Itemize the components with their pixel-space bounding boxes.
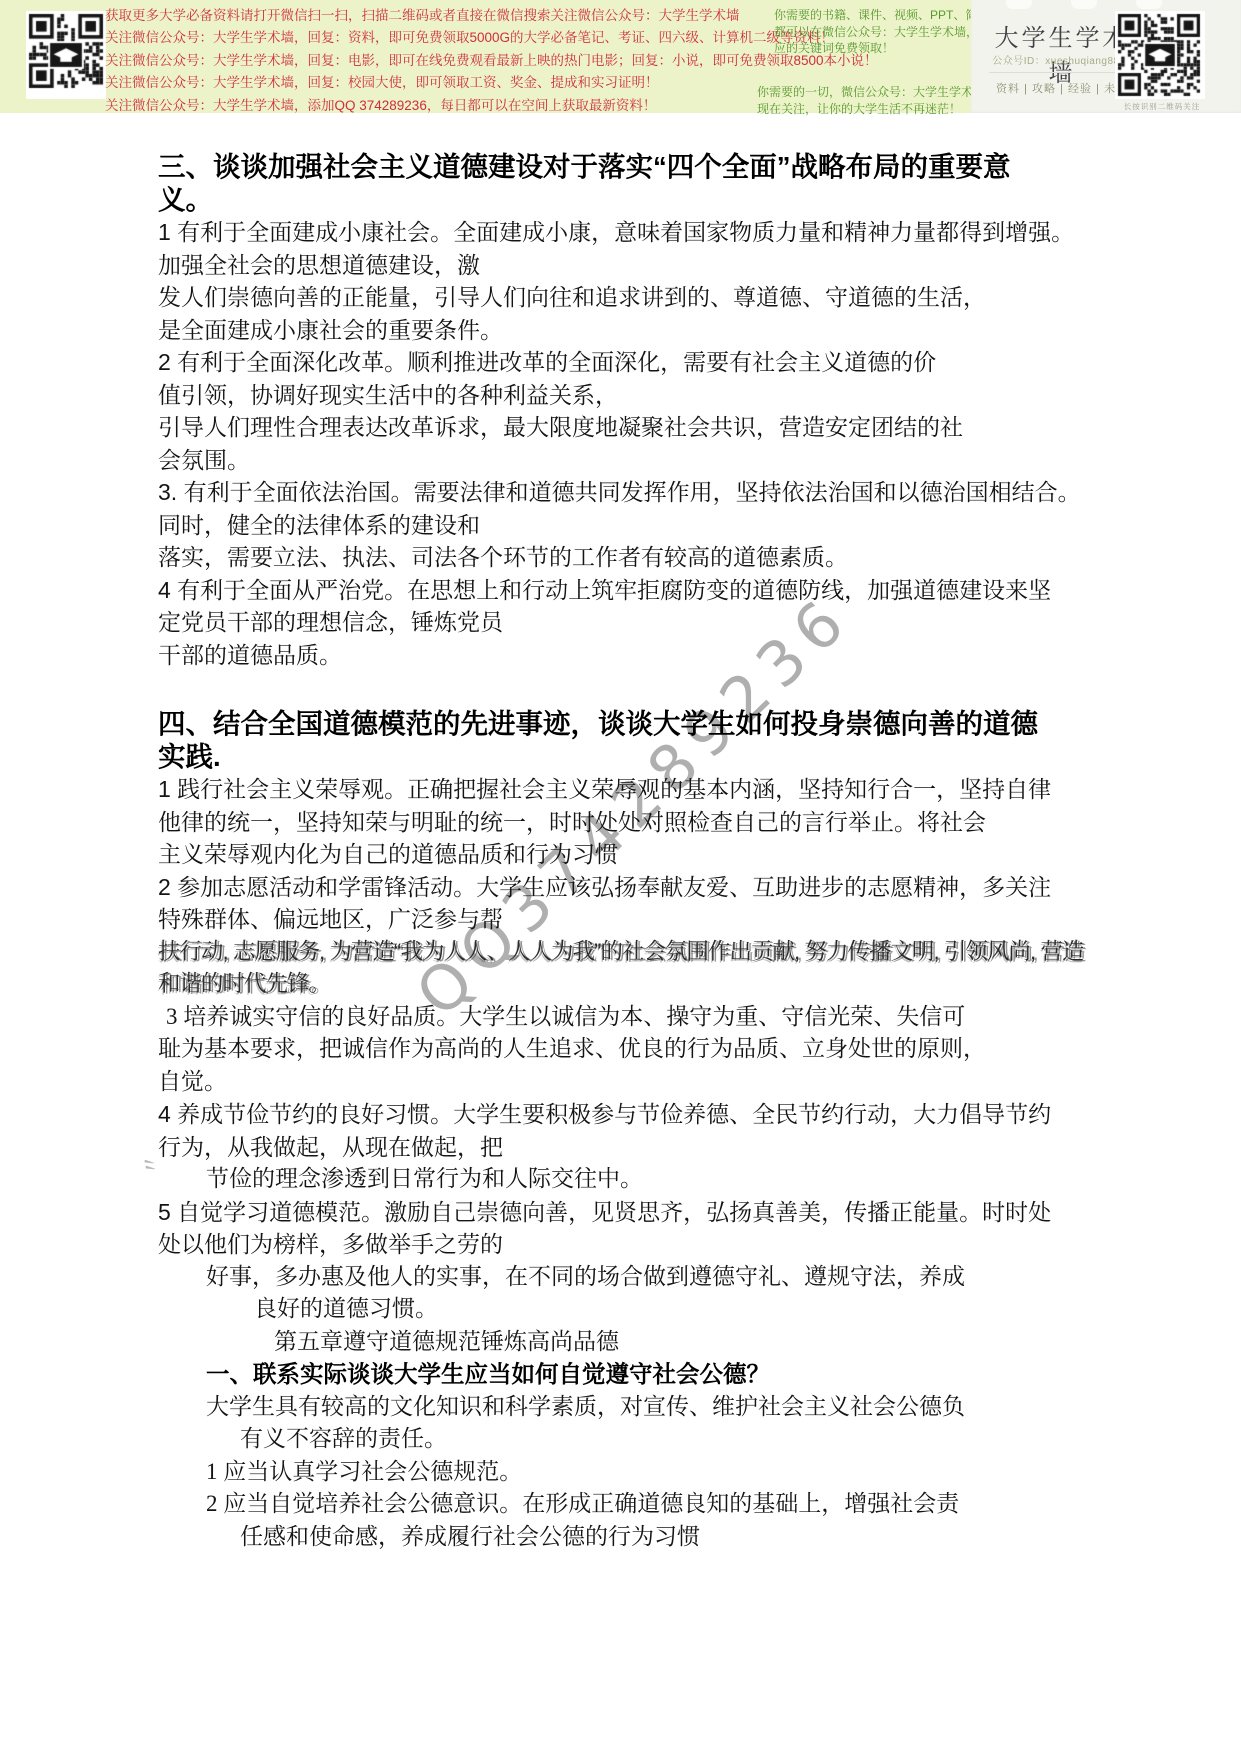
- wechat-qr-code-right: [1115, 11, 1205, 99]
- doc-line: 1 应当认真学习社会公德规范。: [158, 1456, 1238, 1489]
- banner-promo-line: 获取更多大学必备资料请打开微信扫一扫，扫描二维码或者直接在微信搜索关注微信公众号…: [105, 5, 785, 27]
- document-page: 获取更多大学必备资料请打开微信扫一扫，扫描二维码或者直接在微信搜索关注微信公众号…: [0, 0, 1241, 1754]
- doc-line: 第五章遵守道德规范锤炼高尚品德: [158, 1326, 1238, 1359]
- doc-line: 2 有利于全面深化改革。顺利推进改革的全面深化，需要有社会主义道德的价: [158, 346, 1238, 379]
- document-text: 三、谈谈加强社会主义道德建设对于落实“四个全面”战略布局的重要意义。1 有利于全…: [158, 150, 1238, 1553]
- banner-promo-line: 关注微信公众号：大学生学术墙，回复：校园大使，即可领取工资、奖金、提成和实习证明…: [105, 72, 785, 94]
- doc-line: 他律的统一，坚持知荣与明耻的统一，时时处处对照检查自己的言行举止。将社会: [158, 806, 1238, 839]
- banner-promo-line: 关注微信公众号：大学生学术墙，回复：资料，即可免费领取5000G的大学必备笔记、…: [105, 27, 785, 49]
- doc-line: 2 参加志愿活动和学雷锋活动。大学生应该弘扬奉献友爱、互助进步的志愿精神，多关注: [158, 871, 1238, 904]
- doc-line: 实践.: [158, 740, 1238, 773]
- doc-line: 任感和使命感，养成履行社会公德的行为习惯: [158, 1521, 1238, 1554]
- doc-line: 是全面建成小康社会的重要条件。: [158, 314, 1238, 347]
- doc-line: 有义不容辞的责任。: [158, 1423, 1238, 1456]
- doc-line: 落实，需要立法、执法、司法各个环节的工作者有较高的道德素质。: [158, 541, 1238, 574]
- doc-line: 3 培养诚实守信的良好品质。大学生以诚信为本、操守为重、守信光荣、失信可: [158, 1001, 1238, 1034]
- doc-line: 处以他们为榜样，多做举手之劳的: [158, 1228, 1238, 1261]
- account-card: 大学生学术墙 公众号ID：xueshuqiang8888 资料 | 攻略 | 经…: [971, 0, 1241, 113]
- doc-line: 3. 有利于全面依法治国。需要法律和道德共同发挥作用，坚持依法治国和以德治国相结…: [158, 476, 1238, 509]
- qr-caption: 长按识别二维码关注: [1117, 101, 1207, 112]
- card-notch: [1071, 0, 1097, 9]
- doc-line: 1 践行社会主义荣辱观。正确把握社会主义荣辱观的基本内涵，坚持知行合一，坚持自律: [158, 773, 1238, 806]
- doc-line: 好事，多办惠及他人的实事，在不同的场合做到遵德守礼、遵规守法，养成: [158, 1261, 1238, 1294]
- card-notch: [1006, 0, 1032, 9]
- doc-line: 定党员干部的理想信念，锤炼党员: [158, 606, 1238, 639]
- doc-line: 三、谈谈加强社会主义道德建设对于落实“四个全面”战略布局的重要意: [158, 150, 1238, 183]
- doc-line: 干部的道德品质。: [158, 639, 1238, 672]
- doc-line: 扶行动, 志愿服务, 为营造“我为人人、人人为我”的社会氛围作出贡献, 努力传播…: [158, 936, 1238, 969]
- doc-line: 主义荣辱观内化为自己的道德品质和行为习惯: [158, 838, 1238, 871]
- card-notch: [1136, 0, 1162, 9]
- card-divider: [989, 72, 1135, 73]
- doc-line: 义。: [158, 183, 1238, 216]
- doc-line: 自觉。: [158, 1066, 1238, 1099]
- doc-line: 一、联系实际谈谈大学生应当如何自觉遵守社会公德？: [158, 1358, 1238, 1391]
- doc-line: 节俭的理念渗透到日常行为和人际交往中。: [158, 1163, 1238, 1196]
- doc-line: 4 有利于全面从严治党。在思想上和行动上筑牢拒腐防变的道德防线，加强道德建设来坚: [158, 574, 1238, 607]
- doc-line: 耻为基本要求，把诚信作为高尚的人生追求、优良的行为品质、立身处世的原则，: [158, 1033, 1238, 1066]
- doc-line: 1 有利于全面建成小康社会。全面建成小康，意味着国家物质力量和精神力量都得到增强…: [158, 216, 1238, 249]
- banner-promo-line: 关注微信公众号：大学生学术墙，添加QQ 374289236，每日都可以在空间上获…: [105, 95, 785, 117]
- doc-line: 良好的道德习惯。: [158, 1293, 1238, 1326]
- doc-line: 发人们崇德向善的正能量，引导人们向往和追求讲到的、尊道德、守道德的生活，: [158, 281, 1238, 314]
- doc-line: 行为，从我做起，从现在做起，把: [158, 1131, 1238, 1164]
- doc-line: 2 应当自觉培养社会公德意识。在形成正确道德良知的基础上，增强社会责: [158, 1488, 1238, 1521]
- doc-line: 值引领，协调好现实生活中的各种利益关系，: [158, 379, 1238, 412]
- doc-line: 特殊群体、偏远地区，广泛参与帮: [158, 903, 1238, 936]
- doc-line: 5 自觉学习道德模范。激励自己崇德向善，见贤思齐，弘扬真善美，传播正能量。时时处: [158, 1196, 1238, 1229]
- doc-line: 4 养成节俭节约的良好习惯。大学生要积极参与节俭养德、全民节约行动，大力倡导节约: [158, 1098, 1238, 1131]
- doc-line: 引导人们理性合理表达改革诉求，最大限度地凝聚社会共识，营造安定团结的社: [158, 411, 1238, 444]
- banner-promo-line: 关注微信公众号：大学生学术墙，回复：电影，即可在线免费观看最新上映的热门电影；回…: [105, 50, 785, 72]
- wechat-qr-code-left: [26, 11, 106, 99]
- doc-line: 加强全社会的思想道德建设，激: [158, 249, 1238, 282]
- doc-line: 和谐的时代先锋。: [158, 968, 1238, 1001]
- promo-banner: 获取更多大学必备资料请打开微信扫一扫，扫描二维码或者直接在微信搜索关注微信公众号…: [0, 0, 971, 113]
- doc-line: 会氛围。: [158, 444, 1238, 477]
- doc-line: 四、结合全国道德模范的先进事迹，谈谈大学生如何投身崇德向善的道德: [158, 707, 1238, 740]
- promo-red-text-block: 获取更多大学必备资料请打开微信扫一扫，扫描二维码或者直接在微信搜索关注微信公众号…: [105, 5, 785, 117]
- doc-line: 同时，健全的法律体系的建设和: [158, 509, 1238, 542]
- doc-line: 大学生具有较高的文化知识和科学素质，对宣传、维护社会主义社会公德负: [158, 1391, 1238, 1424]
